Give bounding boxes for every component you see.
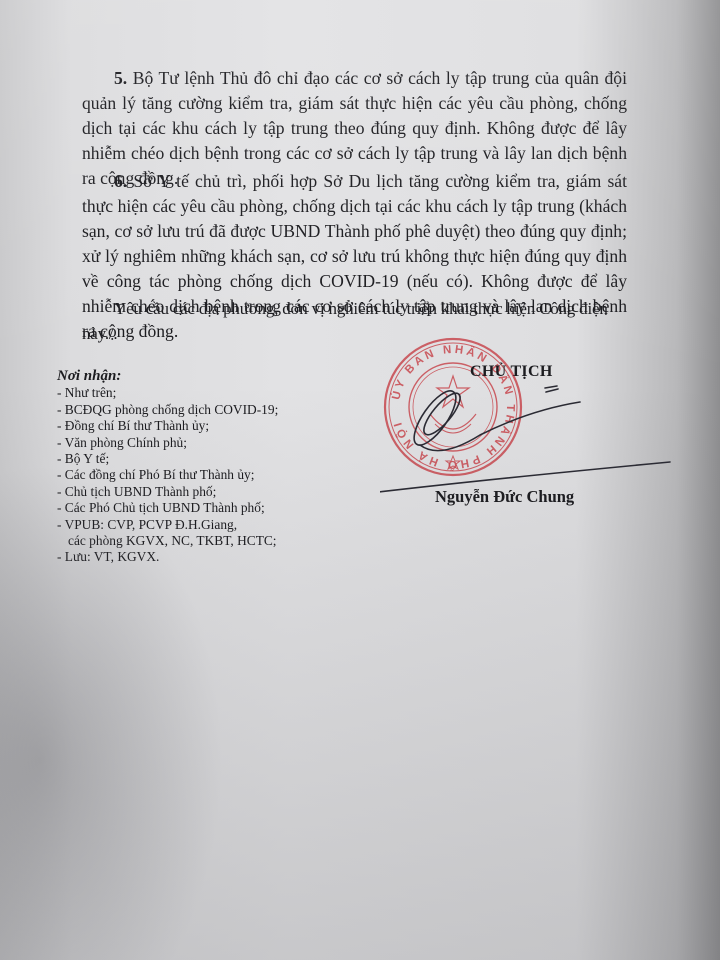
recipient-item: - Các Phó Chủ tịch UBND Thành phố; xyxy=(57,500,357,516)
recipient-item: các phòng KGVX, NC, TKBT, HCTC; xyxy=(57,533,357,549)
paragraph-6-number: 6. xyxy=(114,171,127,191)
closing-statement: Yêu cầu các địa phương, đơn vị nghiêm tú… xyxy=(82,296,642,346)
recipient-item: - Lưu: VT, KGVX. xyxy=(57,549,357,565)
recipient-item: - BCĐQG phòng chống dịch COVID-19; xyxy=(57,402,357,418)
recipient-item: - VPUB: CVP, PCVP Đ.H.Giang, xyxy=(57,517,357,533)
recipient-item: - Các đồng chí Phó Bí thư Thành ủy; xyxy=(57,467,357,483)
paragraph-5-number: 5. xyxy=(114,68,127,88)
recipient-item: - Chủ tịch UBND Thành phố; xyxy=(57,484,357,500)
handwritten-signature xyxy=(380,380,680,500)
recipients-title: Nơi nhận: xyxy=(57,368,357,384)
signer-name: Nguyễn Đức Chung xyxy=(435,487,574,507)
recipient-item: - Bộ Y tế; xyxy=(57,451,357,467)
recipients-list: Nơi nhận: - Như trên; - BCĐQG phòng chốn… xyxy=(57,368,357,566)
recipient-item: - Đồng chí Bí thư Thành ủy; xyxy=(57,418,357,434)
recipient-item: - Như trên; xyxy=(57,385,357,401)
signatory-title: CHỦ TỊCH xyxy=(470,363,553,381)
recipient-item: - Văn phòng Chính phủ; xyxy=(57,435,357,451)
document-page: 5. Bộ Tư lệnh Thủ đô chỉ đạo các cơ sở c… xyxy=(0,0,720,960)
